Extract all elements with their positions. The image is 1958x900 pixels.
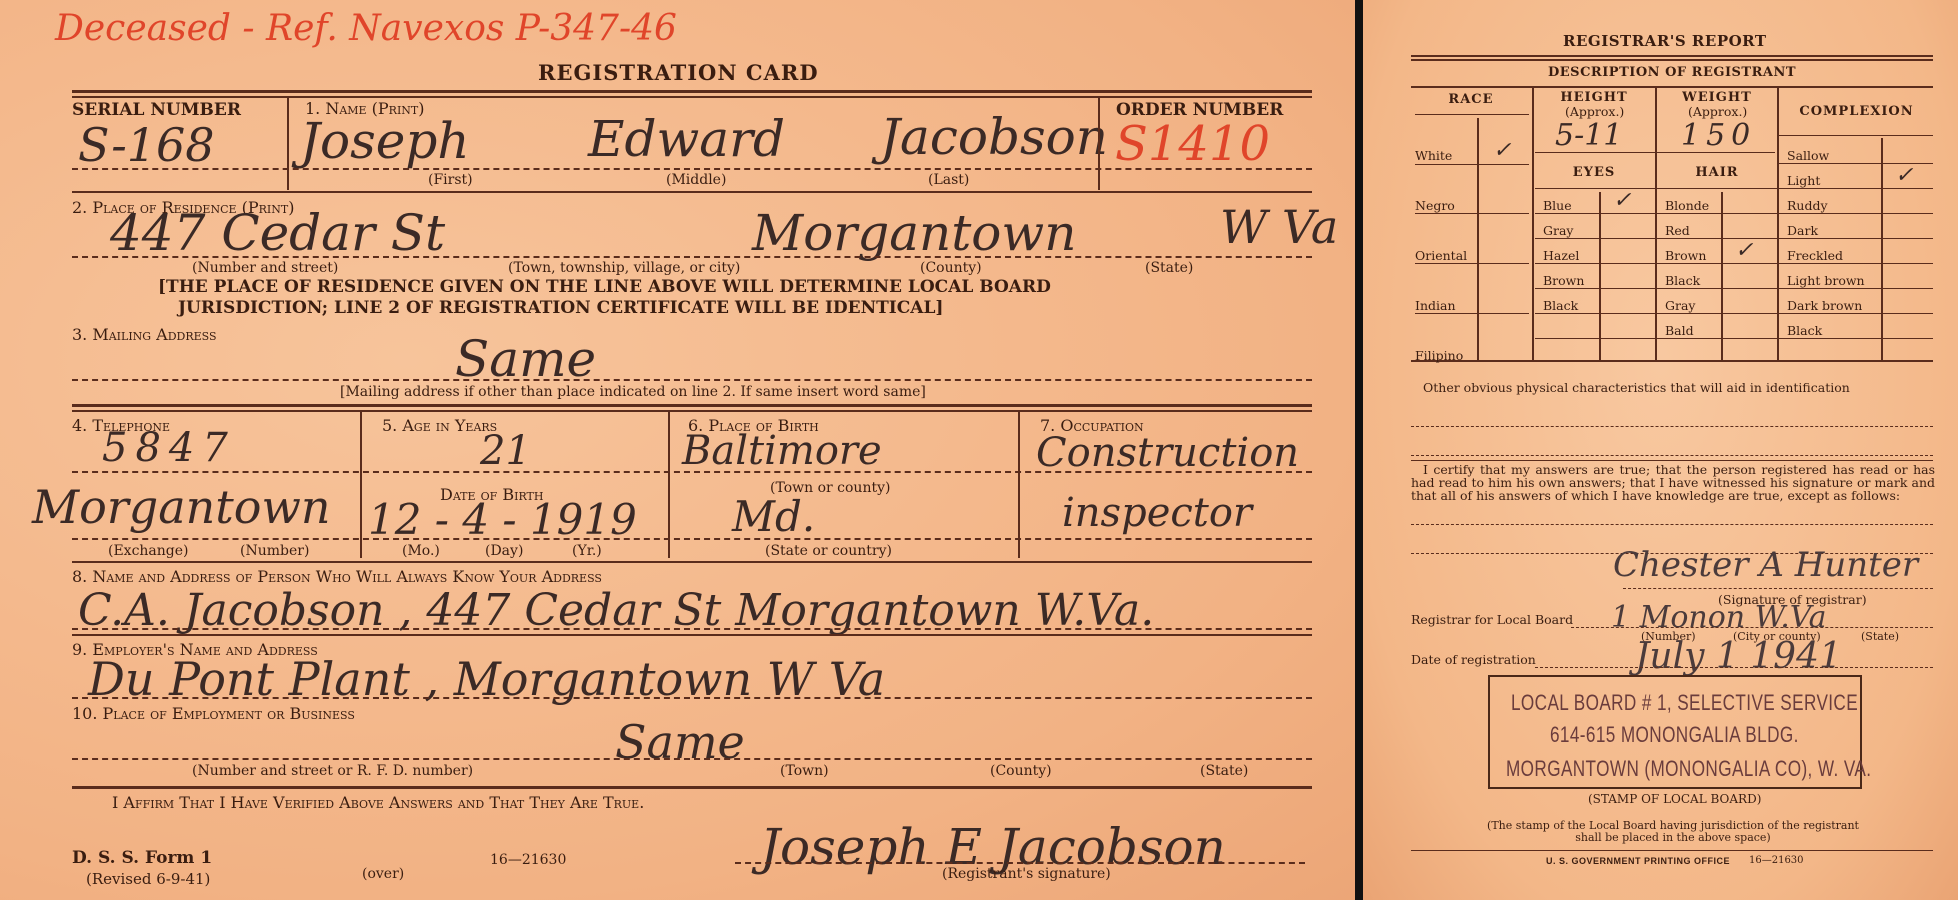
hair-bald: Bald bbox=[1665, 323, 1694, 338]
complexion-black: Black bbox=[1787, 323, 1822, 338]
divider bbox=[1535, 238, 1933, 239]
complexion-header: COMPLEXION bbox=[1779, 104, 1934, 119]
hair-black: Black bbox=[1665, 273, 1700, 288]
hair-gray: Gray bbox=[1665, 298, 1695, 313]
divider bbox=[1411, 86, 1933, 88]
over-label: (over) bbox=[362, 866, 404, 882]
state-caption: (State) bbox=[1145, 260, 1193, 276]
last-caption: (Last) bbox=[928, 172, 969, 188]
divider bbox=[1411, 59, 1933, 61]
divider bbox=[1535, 338, 1933, 339]
eyes-gray: Gray bbox=[1543, 223, 1573, 238]
divider bbox=[1411, 460, 1933, 461]
dob-value: 12 - 4 - 1919 bbox=[368, 495, 637, 544]
dashed-line bbox=[72, 758, 1312, 760]
eyes-header: EYES bbox=[1535, 165, 1653, 180]
divider bbox=[72, 561, 1312, 563]
divider bbox=[1535, 152, 1775, 153]
description-title: DESCRIPTION OF REGISTRANT bbox=[1548, 65, 1796, 80]
dashed-line bbox=[1623, 588, 1933, 589]
card-title: REGISTRATION CARD bbox=[538, 60, 819, 85]
employment-place-label: 10. Place of Employment or Business bbox=[72, 704, 355, 723]
hair-blonde: Blonde bbox=[1665, 198, 1709, 213]
middle-name: Edward bbox=[588, 110, 785, 168]
signature-caption: (Registrant's signature) bbox=[942, 866, 1111, 882]
eyes-blue: Blue bbox=[1543, 198, 1572, 213]
other-characteristics-label: Other obvious physical characteristics t… bbox=[1423, 380, 1850, 395]
last-name: Jacobson bbox=[880, 108, 1108, 166]
dashed-line bbox=[72, 256, 1312, 258]
height-approx: (Approx.) bbox=[1565, 104, 1624, 119]
divider bbox=[72, 634, 1312, 636]
eyes-brown: Brown bbox=[1543, 273, 1584, 288]
dashed-line bbox=[72, 471, 1312, 473]
divider bbox=[360, 412, 362, 558]
date-label: Date of registration bbox=[1411, 652, 1536, 667]
date-value: July 1 1941 bbox=[1635, 636, 1842, 677]
complexion-dark: Dark bbox=[1787, 223, 1818, 238]
dashed-line bbox=[1411, 455, 1933, 456]
registrar-signature: Chester A Hunter bbox=[1613, 545, 1918, 585]
hair-red: Red bbox=[1665, 223, 1690, 238]
divider bbox=[1535, 263, 1933, 264]
order-number-value: S1410 bbox=[1115, 116, 1270, 172]
height-header: HEIGHT bbox=[1535, 90, 1653, 105]
divider bbox=[1779, 163, 1933, 164]
divider bbox=[1535, 188, 1933, 189]
dashed-line bbox=[72, 538, 1312, 540]
hair-brown: Brown bbox=[1665, 248, 1706, 263]
dashed-line bbox=[1411, 426, 1933, 427]
eyes-blue-check[interactable]: ✓ bbox=[1613, 188, 1631, 213]
complexion-light-check[interactable]: ✓ bbox=[1895, 163, 1913, 188]
weight-approx: (Approx.) bbox=[1688, 104, 1747, 119]
divider bbox=[72, 404, 1312, 407]
stamp-line-3: MORGANTOWN (MONONGALIA CO), W. VA. bbox=[1506, 756, 1871, 782]
race-white-check[interactable]: ✓ bbox=[1493, 138, 1511, 163]
dashed-line bbox=[1571, 627, 1933, 628]
complexion-freckled: Freckled bbox=[1787, 248, 1843, 263]
gpo-label: U. S. GOVERNMENT PRINTING OFFICE bbox=[1546, 856, 1730, 866]
county-caption: (County) bbox=[920, 260, 982, 276]
residence-street: 447 Cedar St bbox=[110, 204, 445, 262]
form-name: D. S. S. Form 1 bbox=[72, 848, 212, 868]
race-negro: Negro bbox=[1415, 198, 1455, 213]
race-filipino: Filipino bbox=[1415, 348, 1463, 363]
eyes-hazel: Hazel bbox=[1543, 248, 1579, 263]
contact-label: 8. Name and Address of Person Who Will A… bbox=[72, 567, 602, 586]
county-caption-10: (County) bbox=[990, 763, 1052, 779]
divider bbox=[72, 410, 1312, 412]
day-caption: (Day) bbox=[485, 543, 523, 559]
divider bbox=[1415, 114, 1529, 115]
number-caption: (Number) bbox=[240, 543, 309, 559]
divider bbox=[1411, 850, 1933, 851]
divider bbox=[72, 191, 1312, 193]
certify-statement: I certify that my answers are true; that… bbox=[1411, 463, 1935, 502]
weight-header: WEIGHT bbox=[1658, 90, 1776, 105]
divider bbox=[1535, 313, 1933, 314]
divider bbox=[1411, 55, 1933, 57]
race-header: RACE bbox=[1415, 92, 1527, 107]
first-caption: (First) bbox=[428, 172, 473, 188]
affirm-statement: I Affirm That I Have Verified Above Answ… bbox=[112, 793, 644, 812]
mailing-address-label: 3. Mailing Address bbox=[72, 325, 217, 344]
back-print-code: 16—21630 bbox=[1749, 855, 1804, 866]
rfd-caption: (Number and street or R. F. D. number) bbox=[192, 763, 473, 779]
stamp-line-2: 614-615 MONONGALIA BLDG. bbox=[1550, 722, 1799, 748]
height-value: 5-11 bbox=[1555, 118, 1622, 153]
town-caption-10: (Town) bbox=[780, 763, 829, 779]
divider bbox=[1777, 88, 1779, 360]
residence-notice-2: JURISDICTION; LINE 2 OF REGISTRATION CER… bbox=[178, 298, 943, 318]
deceased-annotation: Deceased - Ref. Navexos P-347-46 bbox=[55, 8, 677, 49]
divider bbox=[1779, 135, 1933, 136]
state-caption-10: (State) bbox=[1200, 763, 1248, 779]
eyes-black: Black bbox=[1543, 298, 1578, 313]
divider bbox=[1411, 360, 1933, 362]
divider bbox=[1535, 213, 1933, 214]
stamp-caption: (STAMP OF LOCAL BOARD) bbox=[1588, 792, 1761, 806]
hair-brown-check[interactable]: ✓ bbox=[1735, 238, 1753, 263]
complexion-light: Light bbox=[1787, 173, 1820, 188]
complexion-ruddy: Ruddy bbox=[1787, 198, 1828, 213]
divider bbox=[1415, 313, 1529, 314]
divider bbox=[72, 786, 1312, 789]
state-caption-board: (State) bbox=[1861, 630, 1899, 643]
complexion-light-brown: Light brown bbox=[1787, 273, 1865, 288]
middle-caption: (Middle) bbox=[666, 172, 726, 188]
divider bbox=[1655, 88, 1657, 360]
divider bbox=[668, 412, 670, 558]
age-value: 21 bbox=[480, 428, 531, 474]
registrars-report-back: REGISTRAR'S REPORT DESCRIPTION OF REGIST… bbox=[1363, 0, 1958, 900]
street-caption: (Number and street) bbox=[192, 260, 338, 276]
first-name: Joseph bbox=[300, 112, 470, 170]
race-indian: Indian bbox=[1415, 298, 1456, 313]
print-code: 16—21630 bbox=[490, 852, 566, 868]
stamp-line-1: LOCAL BOARD # 1, SELECTIVE SERVICE bbox=[1511, 690, 1858, 716]
town-caption: (Town, township, village, or city) bbox=[508, 260, 740, 276]
year-caption: (Yr.) bbox=[572, 543, 602, 559]
divider bbox=[1415, 164, 1529, 165]
divider bbox=[287, 96, 289, 190]
birthplace-town: Baltimore bbox=[682, 428, 882, 474]
occupation-line1: Construction bbox=[1036, 430, 1299, 476]
residence-notice-1: [THE PLACE OF RESIDENCE GIVEN ON THE LIN… bbox=[158, 277, 1051, 297]
telephone-number: 5847 bbox=[102, 425, 236, 471]
registrar-report-title: REGISTRAR'S REPORT bbox=[1563, 32, 1767, 50]
birthplace-state: Md. bbox=[732, 492, 815, 541]
divider bbox=[72, 90, 1312, 93]
residence-town: Morgantown bbox=[752, 204, 1076, 262]
local-board-label: Registrar for Local Board bbox=[1411, 612, 1573, 627]
divider bbox=[1477, 118, 1479, 360]
form-revised: (Revised 6-9-41) bbox=[86, 870, 210, 888]
race-white: White bbox=[1415, 148, 1452, 163]
telephone-exchange: Morgantown bbox=[32, 480, 330, 534]
month-caption: (Mo.) bbox=[402, 543, 440, 559]
registration-card-front: Deceased - Ref. Navexos P-347-46 REGISTR… bbox=[0, 0, 1355, 900]
complexion-dark-brown: Dark brown bbox=[1787, 298, 1862, 313]
divider bbox=[1415, 263, 1529, 264]
stamp-note: (The stamp of the Local Board having jur… bbox=[1483, 820, 1863, 844]
dashed-line bbox=[1535, 667, 1933, 668]
divider bbox=[1881, 138, 1883, 360]
dashed-line bbox=[72, 379, 1312, 381]
weight-value: 150 bbox=[1681, 118, 1756, 153]
hair-header: HAIR bbox=[1658, 165, 1776, 180]
mailing-caption: [Mailing address if other than place ind… bbox=[340, 384, 926, 400]
divider bbox=[1599, 192, 1601, 360]
residence-state: W Va bbox=[1220, 200, 1338, 254]
dashed-line bbox=[72, 628, 1312, 630]
divider bbox=[1532, 88, 1534, 360]
divider bbox=[72, 96, 1312, 98]
dashed-line bbox=[1411, 524, 1933, 525]
divider bbox=[1415, 213, 1529, 214]
occupation-line2: inspector bbox=[1062, 490, 1252, 536]
race-oriental: Oriental bbox=[1415, 248, 1467, 263]
serial-number-value: S-168 bbox=[78, 118, 215, 172]
divider bbox=[1535, 288, 1933, 289]
divider bbox=[1098, 96, 1100, 190]
complexion-sallow: Sallow bbox=[1787, 148, 1829, 163]
serial-number-label: SERIAL NUMBER bbox=[72, 100, 241, 120]
birthplace-state-caption: (State or country) bbox=[765, 543, 892, 559]
dashed-line bbox=[72, 697, 1312, 699]
employment-place-value: Same bbox=[615, 715, 745, 769]
divider bbox=[1018, 412, 1020, 558]
signature-line bbox=[735, 862, 1305, 864]
divider bbox=[1721, 192, 1723, 360]
exchange-caption: (Exchange) bbox=[108, 543, 189, 559]
